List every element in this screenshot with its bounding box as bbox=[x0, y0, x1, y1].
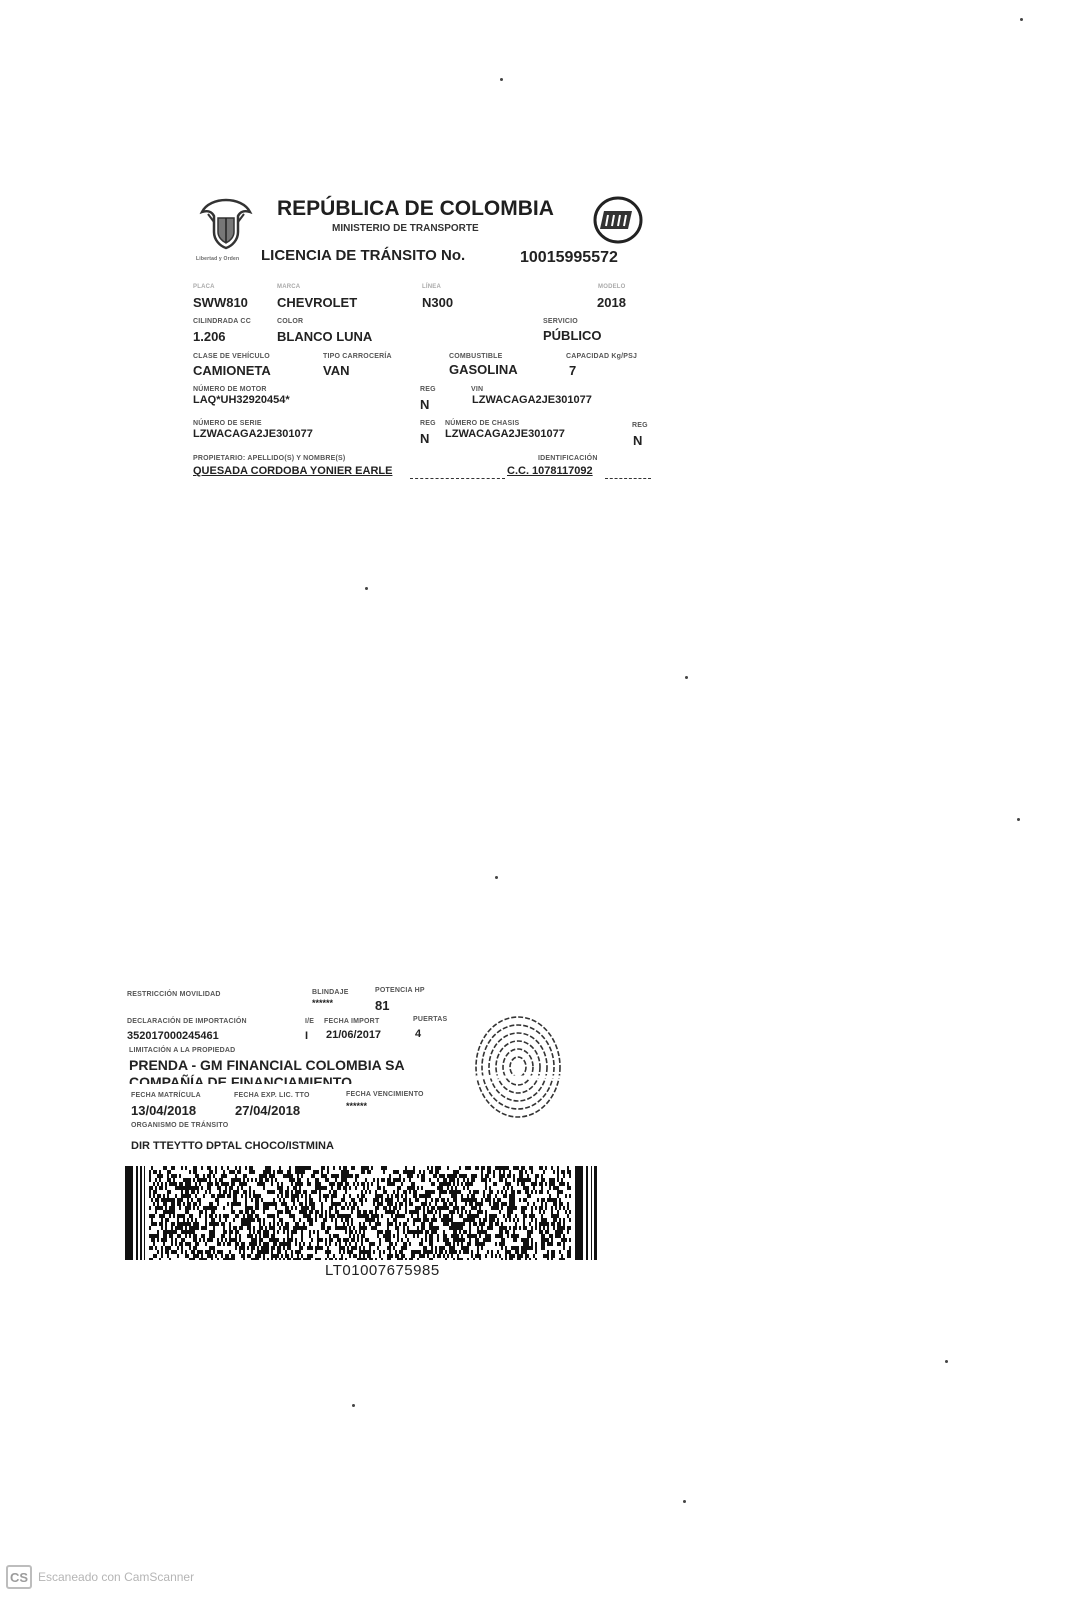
fecha-exp-label: FECHA EXP. LIC. TTO bbox=[234, 1092, 310, 1099]
ie-label: I/E bbox=[305, 1018, 314, 1025]
fecha-venc-label: FECHA VENCIMIENTO bbox=[346, 1091, 424, 1098]
ie-value: I bbox=[305, 1030, 308, 1042]
barcode-number: LT01007675985 bbox=[325, 1262, 440, 1279]
limitacion-line2: COMPAÑÍA DE FINANCIAMIENTO bbox=[129, 1074, 352, 1084]
fecha-venc-value: ****** bbox=[346, 1101, 367, 1111]
potencia-value: 81 bbox=[375, 998, 389, 1013]
pdf417-barcode bbox=[125, 1166, 597, 1260]
puertas-value: 4 bbox=[415, 1028, 421, 1040]
fingerprint-icon bbox=[468, 1005, 568, 1130]
limitacion-line1: PRENDA - GM FINANCIAL COLOMBIA SA bbox=[129, 1057, 405, 1073]
camscanner-text: Escaneado con CamScanner bbox=[38, 1570, 194, 1584]
limitacion-label: LIMITACIÓN A LA PROPIEDAD bbox=[129, 1047, 235, 1054]
fecha-import-label: FECHA IMPORT bbox=[324, 1018, 379, 1025]
organismo-value: DIR TTEYTTO DPTAL CHOCO/ISTMINA bbox=[131, 1140, 334, 1152]
camscanner-logo-icon: CS bbox=[6, 1565, 32, 1589]
scan-speck bbox=[683, 1500, 686, 1503]
puertas-label: PUERTAS bbox=[413, 1016, 447, 1023]
fecha-exp-value: 27/04/2018 bbox=[235, 1103, 300, 1118]
scan-speck bbox=[352, 1404, 355, 1407]
blindaje-value: ****** bbox=[312, 998, 333, 1008]
potencia-label: POTENCIA HP bbox=[375, 987, 425, 994]
restriccion-label: RESTRICCIÓN MOVILIDAD bbox=[127, 991, 221, 998]
blindaje-label: BLINDAJE bbox=[312, 989, 349, 996]
fecha-matricula-label: FECHA MATRÍCULA bbox=[131, 1092, 201, 1099]
organismo-label: ORGANISMO DE TRÁNSITO bbox=[131, 1122, 228, 1129]
fecha-import-value: 21/06/2017 bbox=[326, 1029, 381, 1041]
fecha-matricula-value: 13/04/2018 bbox=[131, 1103, 196, 1118]
scan-speck bbox=[945, 1360, 948, 1363]
license-back: RESTRICCIÓN MOVILIDAD BLINDAJE ****** PO… bbox=[0, 0, 1076, 1300]
declaracion-value: 352017000245461 bbox=[127, 1030, 219, 1042]
camscanner-watermark: CS Escaneado con CamScanner bbox=[6, 1565, 194, 1589]
declaracion-label: DECLARACIÓN DE IMPORTACIÓN bbox=[127, 1018, 247, 1025]
